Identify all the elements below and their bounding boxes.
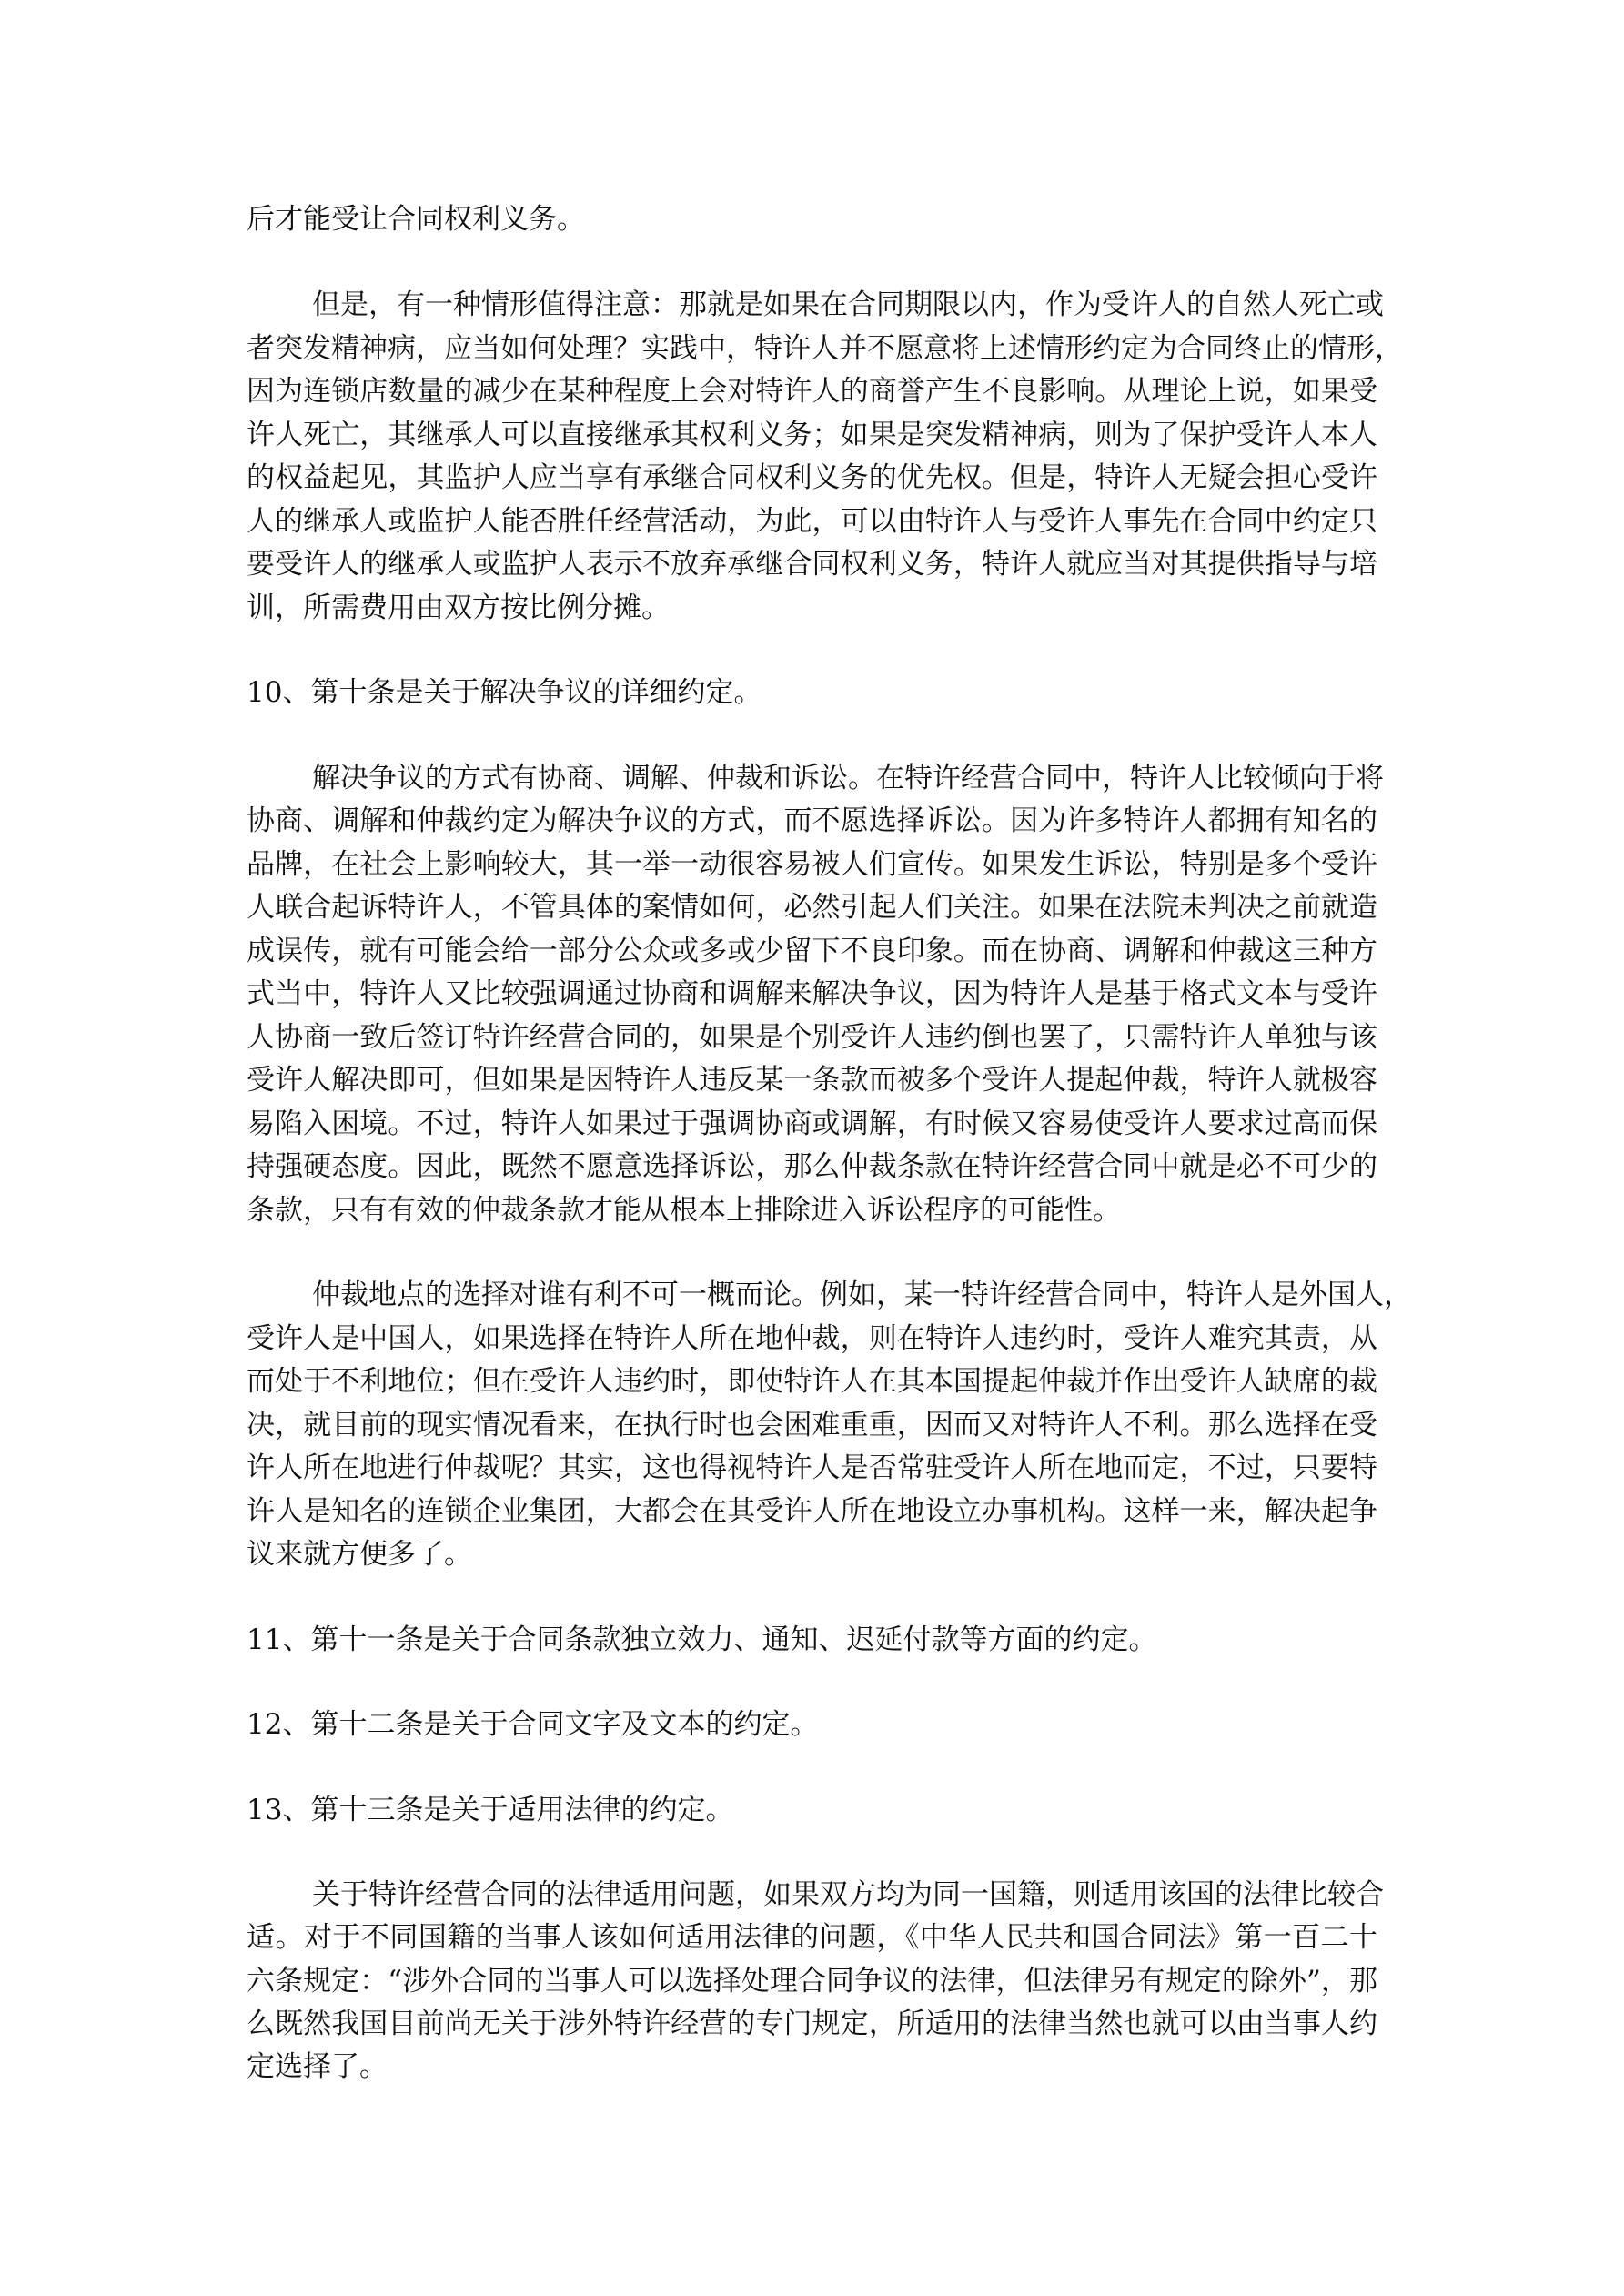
paragraph-line: 仲裁地点的选择对谁有利不可一概而论。例如，某一特许经营合同中，特许人是外国人， [312, 1279, 1377, 1310]
paragraph-line: 受许人解决即可，但如果是因特许人违反某一条款而被多个受许人提起仲裁，特许人就极容 [247, 1065, 1377, 1096]
paragraph-line: 人联合起诉特许人，不管具体的案情如何，必然引起人们关注。如果在法院未判决之前就造 [247, 892, 1377, 923]
section-heading-13: 13、第十三条是关于适用法律的约定。 [247, 1795, 1377, 1826]
paragraph-line: 式当中，特许人又比较强调通过协商和调解来解决争议，因为特许人是基于格式文本与受许 [247, 978, 1377, 1009]
paragraph-line: 品牌，在社会上影响较大，其一举一动很容易被人们宣传。如果发生诉讼，特别是多个受许 [247, 849, 1377, 880]
paragraph-line: 议来就方便多了。 [247, 1539, 1377, 1570]
paragraph-line: 协商、调解和仲裁约定为解决争议的方式，而不愿选择诉讼。因为许多特许人都拥有知名的 [247, 805, 1377, 836]
paragraph-line: 的权益起见，其监护人应当享有承继合同权利义务的优先权。但是，特许人无疑会担心受许 [247, 462, 1377, 493]
paragraph-line: 条款，只有有效的仲裁条款才能从根本上排除进入诉讼程序的可能性。 [247, 1195, 1377, 1226]
section-heading-11: 11、第十一条是关于合同条款独立效力、通知、迟延付款等方面的约定。 [247, 1624, 1377, 1655]
section-heading-12: 12、第十二条是关于合同文字及文本的约定。 [247, 1709, 1377, 1740]
paragraph-line: 要受许人的继承人或监护人表示不放弃承继合同权利义务，特许人就应当对其提供指导与培 [247, 549, 1377, 580]
paragraph-line: 人的继承人或监护人能否胜任经营活动，为此，可以由特许人与受许人事先在合同中约定只 [247, 506, 1377, 537]
paragraph-line: 关于特许经营合同的法律适用问题，如果双方均为同一国籍，则适用该国的法律比较合 [312, 1879, 1377, 1910]
paragraph-line: 受许人是中国人，如果选择在特许人所在地仲裁，则在特许人违约时，受许人难究其责，从 [247, 1323, 1377, 1354]
paragraph-line: 成误传，就有可能会给一部分公众或多或少留下不良印象。而在协商、调解和仲裁这三种方 [247, 936, 1377, 966]
paragraph-line: 但是，有一种情形值得注意：那就是如果在合同期限以内，作为受许人的自然人死亡或 [312, 289, 1377, 320]
document-page: 后才能受让合同权利义务。 但是，有一种情形值得注意：那就是如果在合同期限以内，作… [0, 0, 1624, 2296]
paragraph-line: 训，所需费用由双方按比例分摊。 [247, 592, 1377, 623]
paragraph-line: 决，就目前的现实情况看来，在执行时也会困难重重，因而又对特许人不利。那么选择在受 [247, 1410, 1377, 1441]
paragraph-line: 么既然我国目前尚无关于涉外特许经营的专门规定，所适用的法律当然也就可以由当事人约 [247, 2008, 1377, 2039]
section-heading-10: 10、第十条是关于解决争议的详细约定。 [247, 677, 1377, 708]
paragraph-line: 定选择了。 [247, 2051, 1377, 2082]
paragraph-line: 解决争议的方式有协商、调解、仲裁和诉讼。在特许经营合同中，特许人比较倾向于将 [312, 763, 1377, 794]
paragraph-line: 许人是知名的连锁企业集团，大都会在其受许人所在地设立办事机构。这样一来，解决起争 [247, 1496, 1377, 1527]
paragraph-line: 而处于不利地位；但在受许人违约时，即使特许人在其本国提起仲裁并作出受许人缺席的裁 [247, 1366, 1377, 1397]
paragraph-line: 易陷入困境。不过，特许人如果过于强调协商或调解，有时候又容易使受许人要求过高而保 [247, 1108, 1377, 1139]
paragraph-line: 持强硬态度。因此，既然不愿意选择诉讼，那么仲裁条款在特许经营合同中就是必不可少的 [247, 1151, 1377, 1182]
paragraph-line: 人协商一致后签订特许经营合同的，如果是个别受许人违约倒也罢了，只需特许人单独与该 [247, 1022, 1377, 1053]
paragraph-line: 适。对于不同国籍的当事人该如何适用法律的问题，《中华人民共和国合同法》第一百二十 [247, 1922, 1377, 1953]
paragraph-line: 许人所在地进行仲裁呢？其实，这也得视特许人是否常驻受许人所在地而定，不过，只要特 [247, 1452, 1377, 1483]
paragraph-line: 许人死亡，其继承人可以直接继承其权利义务；如果是突发精神病，则为了保护受许人本人 [247, 420, 1377, 450]
paragraph-line: 者突发精神病，应当如何处理？实践中，特许人并不愿意将上述情形约定为合同终止的情形… [247, 333, 1377, 364]
paragraph-line: 六条规定：“涉外合同的当事人可以选择处理合同争议的法律，但法律另有规定的除外”，… [247, 1966, 1377, 1997]
paragraph-continuation-line: 后才能受让合同权利义务。 [247, 204, 1377, 235]
paragraph-line: 因为连锁店数量的减少在某种程度上会对特许人的商誉产生不良影响。从理论上说，如果受 [247, 376, 1377, 407]
